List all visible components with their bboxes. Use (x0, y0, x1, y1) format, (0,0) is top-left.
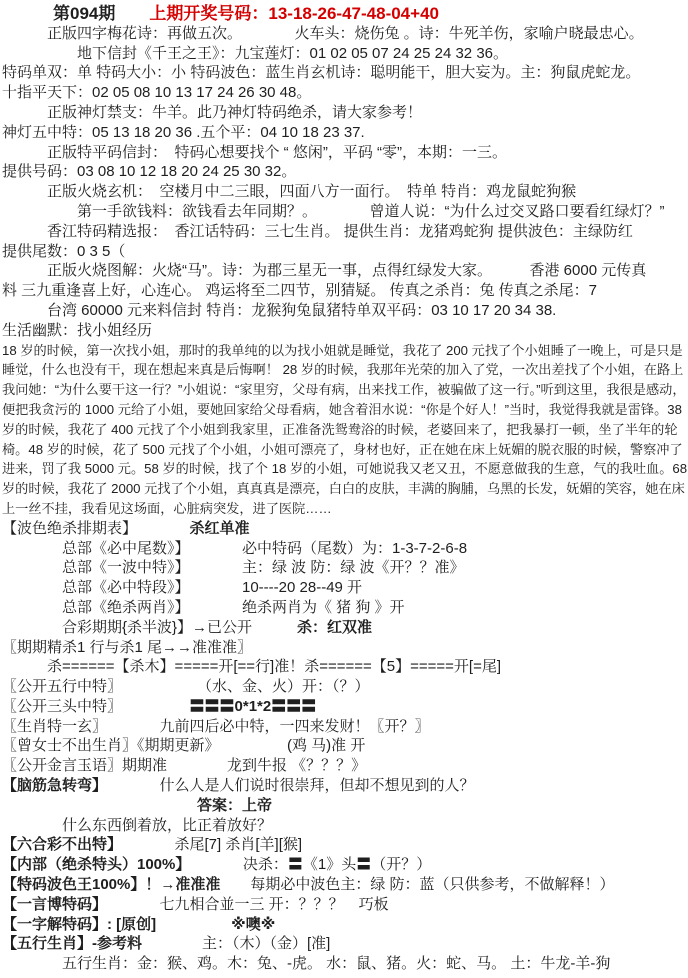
text-segment: 答案：上帝 (197, 797, 272, 814)
text-line: 睡觉，什么也没有干，现在想起来真是后悔啊！ 28 岁的时候，我那年光荣的加入了党… (2, 360, 688, 380)
text-segment: 〖期期精杀1 行与杀1 尾→→准准准〗 (2, 639, 252, 656)
text-line: 〖曾女士不出生肖〗《期期更新》 (鸡 马)准 开 (2, 736, 688, 756)
text-line: 【六合彩不出特】 杀尾[7] 杀肖[羊][猴] (2, 835, 688, 855)
text-line: 正版神灯禁支：牛羊。此乃神灯特码绝杀，请大家参考！ (2, 103, 688, 123)
text-segment: 第一手欲钱料：欲钱看去年同期？。 曾道人说：“为什么过交叉路口要看红绿灯？” (2, 203, 665, 220)
text-line: 香江特码精选报： 香江话特码：三七生肖。 提供生肖：龙猪鸡蛇狗 提供波色：主绿防… (2, 222, 688, 242)
text-line: 〖公开金言玉语〗期期准 龙到牛报 《？？？》 (2, 756, 688, 776)
text-line: 总部《必中特段》】 10----20 28--49 开 (2, 578, 688, 598)
text-line: 合彩期期{杀半波}】→已公开 杀：红双准 (2, 618, 688, 638)
text-segment: 杀尾[7] 杀肖[羊][猴] (115, 836, 303, 853)
text-segment: 杀：红双准 (297, 619, 372, 636)
text-segment: 18 岁的时候，第一次找小姐，那时的我单纯的以为找小姐就是睡觉，我花了 200 … (2, 343, 683, 358)
text-segment: 总部《一波中特》】 主：绿 波 防：绿 波《开？？准》 (2, 559, 465, 576)
text-line: 〖生肖特一玄〗 九前四后必中特，一四来发财！〖开？〗 (2, 717, 688, 737)
text-segment: 睡觉，什么也没有干，现在想起来真是后悔啊！ 28 岁的时候，我那年光荣的加入了党… (2, 362, 683, 377)
text-segment: 正版特平码信封： 特码心想要找个 “ 悠闲”，平码 “零”，本期：一三。 (2, 144, 507, 161)
text-line: 答案：上帝 (2, 796, 688, 816)
text-segment: 每期必中波色主：绿 防：蓝（只供参考，不做解释！） (220, 876, 614, 893)
text-line: 【内部（绝杀特头）100%】 决杀：〓《1》头〓（开？） (2, 855, 688, 875)
text-segment: 【内部（绝杀特头）100%】 (2, 856, 183, 873)
text-line: 总部《必中尾数》】 必中特码（尾数）为：1-3-7-2-6-8 (2, 539, 688, 559)
text-line: 十指平天下：02 05 08 10 13 17 24 26 30 48。 (2, 83, 688, 103)
text-line: 地下信封《千王之王》：九宝莲灯：01 02 05 07 24 25 24 32 … (2, 44, 688, 64)
text-segment: 总部《必中特段》】 10----20 28--49 开 (2, 579, 362, 596)
text-line: 提供尾数：0 3 5（ (2, 242, 688, 262)
text-segment: 〖曾女士不出生肖〗《期期更新》 (鸡 马)准 开 (2, 737, 365, 754)
text-segment: 进来，罚了我 5000 元。58 岁的时候，找了个 18 岁的小姐，可她说我又老… (2, 461, 687, 476)
text-segment: 【波色绝杀排期表】 (2, 520, 130, 537)
text-line: 岁的时候，我花了 2000 元找了个小姐，真真真是漂亮，白白的皮肤，丰满的胸脯，… (2, 479, 688, 499)
text-segment: 正版神灯禁支：牛羊。此乃神灯特码绝杀，请大家参考！ (2, 104, 422, 121)
text-line: 【特码波色王100%】！→准准准 每期必中波色主：绿 防：蓝（只供参考，不做解释… (2, 875, 688, 895)
text-line: 台湾 60000 元来料信封 特肖：龙猴狗兔鼠猪特单双平码：03 10 17 2… (2, 301, 688, 321)
text-segment: 上一丝不挂，我看见这场面，心脏病突发，进了医院…… (2, 501, 332, 516)
text-line: 〖公开三头中特〗 〓〓〓0*1*2〓〓〓 (2, 697, 688, 717)
text-line: 我问她：“为什么要干这一行？”小姐说：“家里穷，父母有病，出来找工作，被骗做了这… (2, 380, 688, 400)
text-segment: 什么东西倒着放，比正着放好？ (2, 817, 272, 834)
text-segment: 〖公开金言玉语〗期期准 龙到牛报 《？？？》 (2, 757, 366, 774)
text-segment: 料 三九重逢喜上好，心连心。 鸡运将至二四节，别猜疑。 传真之杀肖：兔 传真之杀… (2, 282, 597, 299)
text-segment: 【一字解特码】: [原创] (2, 916, 156, 933)
text-segment: 【脑筋急转弯】 (2, 777, 100, 794)
text-segment: 总部《绝杀两肖》】 绝杀两肖为《 猪 狗 》开 (2, 599, 405, 616)
text-segment: 决杀：〓《1》头〓（开？） (183, 856, 431, 873)
text-line: 椅。48 岁的时候，花了 500 元找了个小姐，小姐可漂亮了，身材也好，正在她在… (2, 440, 688, 460)
text-line: 神灯五中特：05 13 18 20 36 .五个平：04 10 18 23 37… (2, 123, 688, 143)
text-line: 提供号码：03 08 10 12 18 20 24 25 30 32。 (2, 162, 688, 182)
text-line: 特码单双：单 特码大小：小 特码波色：蓝生肖玄机诗：聪明能干，胆大妄为。主：狗鼠… (2, 63, 688, 83)
text-segment: ※噢※ (231, 916, 275, 933)
text-segment: 台湾 60000 元来料信封 特肖：龙猴狗兔鼠猪特单双平码：03 10 17 2… (2, 302, 556, 319)
text-segment: 提供号码：03 08 10 12 18 20 24 25 30 32。 (2, 163, 296, 180)
text-line: 岁的时候，我花了 400 元找了个小姐到我家里，正准备洗鸳鸯浴的时候，老婆回来了… (2, 420, 688, 440)
text-segment: 神灯五中特：05 13 18 20 36 .五个平：04 10 18 23 37… (2, 124, 365, 141)
text-line: 什么东西倒着放，比正着放好？ (2, 816, 688, 836)
text-line: 生活幽默：找小姐经历 (2, 321, 688, 341)
text-segment: 五行生肖：金：猴、鸡。木：兔、-虎。 水：鼠、猪。火：蛇、马。 土：牛龙-羊-狗 (2, 955, 610, 972)
text-line: 18 岁的时候，第一次找小姐，那时的我单纯的以为找小姐就是睡觉，我花了 200 … (2, 341, 688, 361)
text-line: 正版火烧玄机： 空楼月中二三眼，四面八方一面行。 特单 特肖：鸡龙鼠蛇狗猴 (2, 182, 688, 202)
text-line: 【一字解特码】: [原创] ※噢※ (2, 915, 688, 935)
text-segment: 七九相合並一三 开：？？？ 巧板 (100, 896, 389, 913)
text-line: 第一手欲钱料：欲钱看去年同期？。 曾道人说：“为什么过交叉路口要看红绿灯？” (2, 202, 688, 222)
text-line: 【五行生肖】-参考料 主：（木）（金）[准] (2, 934, 688, 954)
text-segment: 〖生肖特一玄〗 九前四后必中特，一四来发财！〖开？〗 (2, 718, 430, 735)
text-segment: 杀======【杀木】=====开[==行]准！杀======【5】=====开… (2, 658, 501, 675)
text-segment: 正版火烧图解：火烧“马”。诗：为郡三星无一事，点得红绿发大家。 香港 6000 … (2, 262, 646, 279)
text-segment: 总部《必中尾数》】 必中特码（尾数）为：1-3-7-2-6-8 (2, 540, 467, 557)
text-line: 【一言博特码】 七九相合並一三 开：？？？ 巧板 (2, 895, 688, 915)
text-line: 〖公开五行中特〗 （水、金、火）开：（？） (2, 677, 688, 697)
text-segment: 〖公开五行中特〗 （水、金、火）开：（？） (2, 678, 370, 695)
text-line: 【波色绝杀排期表】 杀红单准 (2, 519, 688, 539)
text-segment: 便把我贪污的 1000 元给了小姐，要她回家给父母看病，她含着泪水说：“你是个好… (2, 402, 682, 417)
text-line: 进来，罚了我 5000 元。58 岁的时候，找了个 18 岁的小姐，可她说我又老… (2, 459, 688, 479)
text-segment: 我问她：“为什么要干这一行？”小姐说：“家里穷，父母有病，出来找工作，被骗做了这… (2, 382, 686, 397)
last-draw-numbers-text: 上期开奖号码：13-18-26-47-48-04+40 (149, 4, 439, 23)
text-line: 上一丝不挂，我看见这场面，心脏病突发，进了医院…… (2, 499, 688, 519)
text-segment: 主：（木）（金）[准] (142, 935, 330, 952)
text-line: 正版特平码信封： 特码心想要找个 “ 悠闲”，平码 “零”，本期：一三。 (2, 143, 688, 163)
text-segment (2, 4, 53, 23)
text-line: 正版四字梅花诗：再做五次。 火车头：烧伤兔 。诗：牛死羊伤，家喻户晓最忠心。 (2, 24, 688, 44)
text-segment: 十指平天下：02 05 08 10 13 17 24 26 30 48。 (2, 84, 311, 101)
text-line: 杀======【杀木】=====开[==行]准！杀======【5】=====开… (2, 657, 688, 677)
lottery-tip-sheet-page: 第094期 上期开奖号码：13-18-26-47-48-04+40 正版四字梅花… (0, 0, 688, 978)
text-segment (2, 797, 197, 814)
text-line: 总部《绝杀两肖》】 绝杀两肖为《 猪 狗 》开 (2, 598, 688, 618)
text-line: 第094期 上期开奖号码：13-18-26-47-48-04+40 (2, 4, 688, 24)
text-line: 【脑筋急转弯】 什么人是人们说时很崇拜，但却不想见到的人？ (2, 776, 688, 796)
text-segment: 【六合彩不出特】 (2, 836, 115, 853)
text-segment: 【五行生肖】-参考料 (2, 935, 142, 952)
text-segment: 合彩期期{杀半波}】→已公开 (2, 619, 297, 636)
text-segment: 杀红单准 (190, 520, 250, 537)
text-line: 五行生肖：金：猴、鸡。木：兔、-虎。 水：鼠、猪。火：蛇、马。 土：牛龙-羊-狗 (2, 954, 688, 974)
text-segment: 〓〓〓0*1*2〓〓〓 (190, 698, 317, 715)
text-line: 总部《一波中特》】 主：绿 波 防：绿 波《开？？准》 (2, 558, 688, 578)
text-segment: 椅。48 岁的时候，花了 500 元找了个小姐，小姐可漂亮了，身材也好，正在她在… (2, 442, 683, 457)
text-segment (130, 520, 190, 537)
text-segment: 【一言博特码】 (2, 896, 100, 913)
text-segment: 地下信封《千王之王》：九宝莲灯：01 02 05 07 24 25 24 32 … (2, 45, 508, 62)
text-line: 正版火烧图解：火烧“马”。诗：为郡三星无一事，点得红绿发大家。 香港 6000 … (2, 261, 688, 281)
text-line: 〖期期精杀1 行与杀1 尾→→准准准〗 (2, 638, 688, 658)
text-segment: 〖公开三头中特〗 (2, 698, 190, 715)
text-segment: 岁的时候，我花了 400 元找了个小姐到我家里，正准备洗鸳鸯浴的时候，老婆回来了… (2, 422, 678, 437)
text-segment: 生活幽默：找小姐经历 (2, 322, 152, 339)
text-segment: 岁的时候，我花了 2000 元找了个小姐，真真真是漂亮，白白的皮肤，丰满的胸脯，… (2, 481, 685, 496)
text-segment: 【特码波色王100%】！→准准准 (2, 876, 220, 893)
text-segment: 第094期 (53, 4, 115, 23)
text-segment (115, 4, 149, 23)
text-segment: 正版四字梅花诗：再做五次。 火车头：烧伤兔 。诗：牛死羊伤，家喻户晓最忠心。 (2, 25, 644, 42)
text-segment (156, 916, 231, 933)
text-segment: 正版火烧玄机： 空楼月中二三眼，四面八方一面行。 特单 特肖：鸡龙鼠蛇狗猴 (2, 183, 576, 200)
text-segment: 特码单双：单 特码大小：小 特码波色：蓝生肖玄机诗：聪明能干，胆大妄为。主：狗鼠… (2, 64, 640, 81)
text-line: 便把我贪污的 1000 元给了小姐，要她回家给父母看病，她含着泪水说：“你是个好… (2, 400, 688, 420)
text-segment: 什么人是人们说时很崇拜，但却不想见到的人？ (100, 777, 475, 794)
text-segment: 香江特码精选报： 香江话特码：三七生肖。 提供生肖：龙猪鸡蛇狗 提供波色：主绿防… (2, 223, 633, 240)
text-segment: 提供尾数：0 3 5（ (2, 243, 125, 260)
text-line: 料 三九重逢喜上好，心连心。 鸡运将至二四节，别猜疑。 传真之杀肖：兔 传真之杀… (2, 281, 688, 301)
